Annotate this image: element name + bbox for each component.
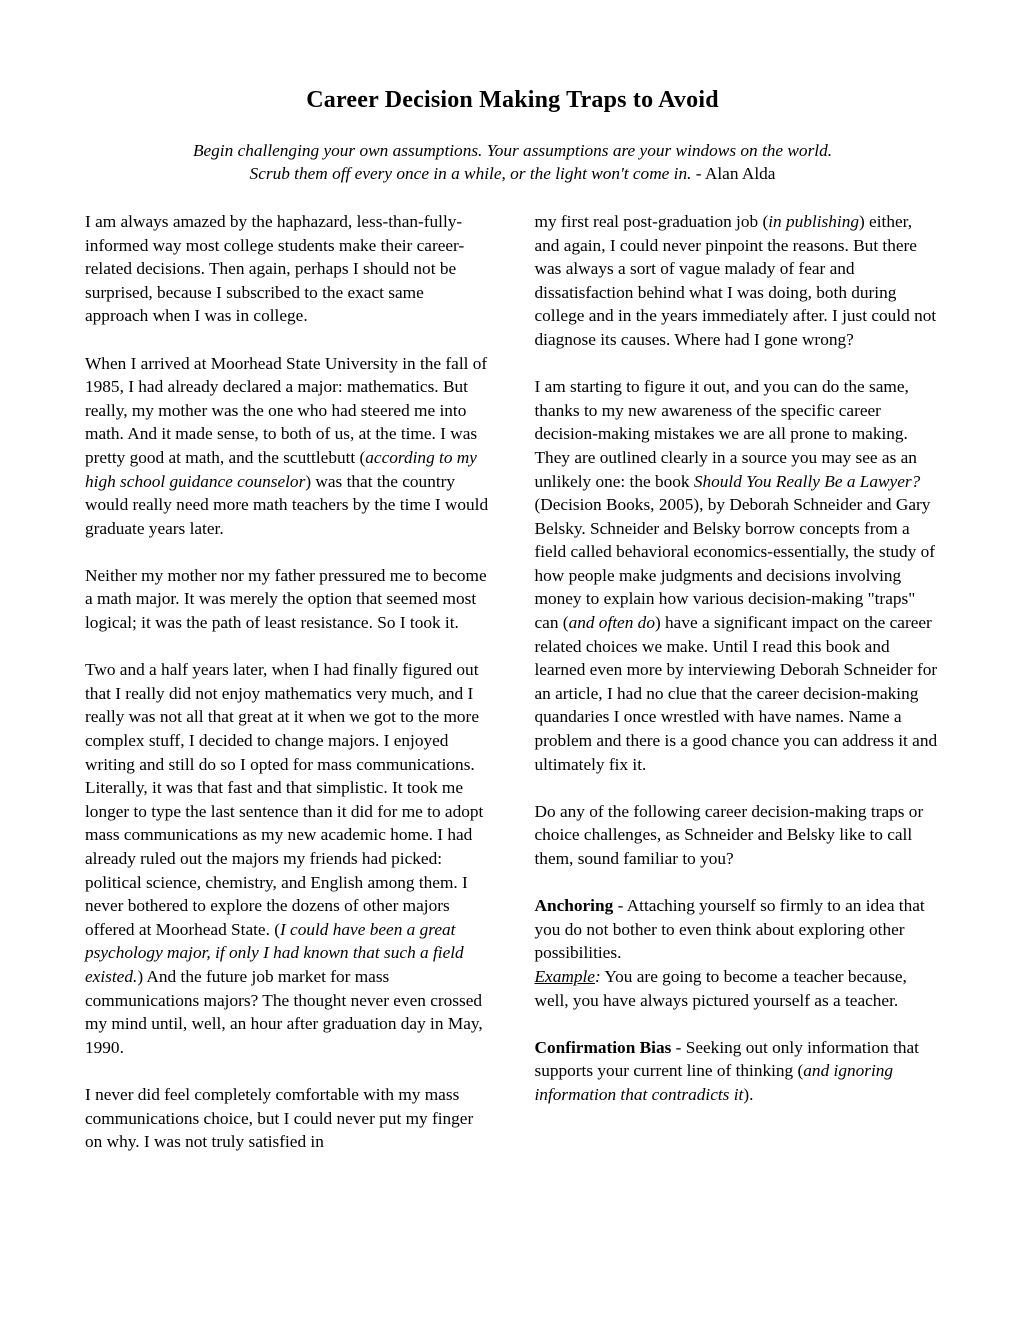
text-run: Do any of the following career decision-… — [535, 802, 924, 868]
two-column-body: I am always amazed by the haphazard, les… — [85, 210, 940, 1154]
text-run: Should You Really Be a Lawyer? — [694, 472, 920, 491]
page-title: Career Decision Making Traps to Avoid — [85, 86, 940, 115]
document-page: Career Decision Making Traps to Avoid Be… — [0, 0, 1020, 1320]
quote-line-1: Begin challenging your own assumptions. … — [85, 139, 940, 163]
text-run: Neither my mother nor my father pressure… — [85, 566, 487, 632]
paragraph: Anchoring - Attaching yourself so firmly… — [535, 894, 941, 965]
paragraph: Two and a half years later, when I had f… — [85, 658, 491, 1059]
text-run: I am always amazed by the haphazard, les… — [85, 212, 464, 325]
paragraph: Do any of the following career decision-… — [535, 800, 941, 871]
text-run: (Decision Books, 2005), by Deborah Schne… — [535, 495, 936, 632]
text-run: I never did feel completely comfortable … — [85, 1085, 473, 1151]
text-run: ). — [743, 1085, 753, 1104]
text-run: Anchoring — [535, 896, 614, 915]
right-column: my first real post-graduation job (in pu… — [535, 210, 941, 1154]
quote-line-2-text: Scrub them off every once in a while, or… — [250, 164, 692, 183]
text-run: and often do — [569, 613, 655, 632]
paragraph: Confirmation Bias - Seeking out only inf… — [535, 1036, 941, 1107]
text-run: ) have a significant impact on the caree… — [535, 613, 938, 774]
paragraph: I am always amazed by the haphazard, les… — [85, 210, 491, 328]
text-run: Example — [535, 967, 595, 986]
text-run: my first real post-graduation job ( — [535, 212, 769, 231]
text-run: ) either, and again, I could never pinpo… — [535, 212, 937, 349]
paragraph: I am starting to figure it out, and you … — [535, 375, 941, 776]
paragraph: Example: You are going to become a teach… — [535, 965, 941, 1012]
paragraph: my first real post-graduation job (in pu… — [535, 210, 941, 352]
text-run: in publishing — [768, 212, 859, 231]
text-run: Two and a half years later, when I had f… — [85, 660, 483, 939]
quote-line-2: Scrub them off every once in a while, or… — [85, 162, 940, 186]
paragraph: When I arrived at Moorhead State Univers… — [85, 352, 491, 541]
quote-attribution: - Alan Alda — [696, 164, 776, 183]
left-column: I am always amazed by the haphazard, les… — [85, 210, 491, 1154]
text-run: Confirmation Bias — [535, 1038, 672, 1057]
text-run: ) And the future job market for mass com… — [85, 967, 483, 1057]
paragraph: Neither my mother nor my father pressure… — [85, 564, 491, 635]
paragraph: I never did feel completely comfortable … — [85, 1083, 491, 1154]
epigraph-quote: Begin challenging your own assumptions. … — [85, 139, 940, 186]
